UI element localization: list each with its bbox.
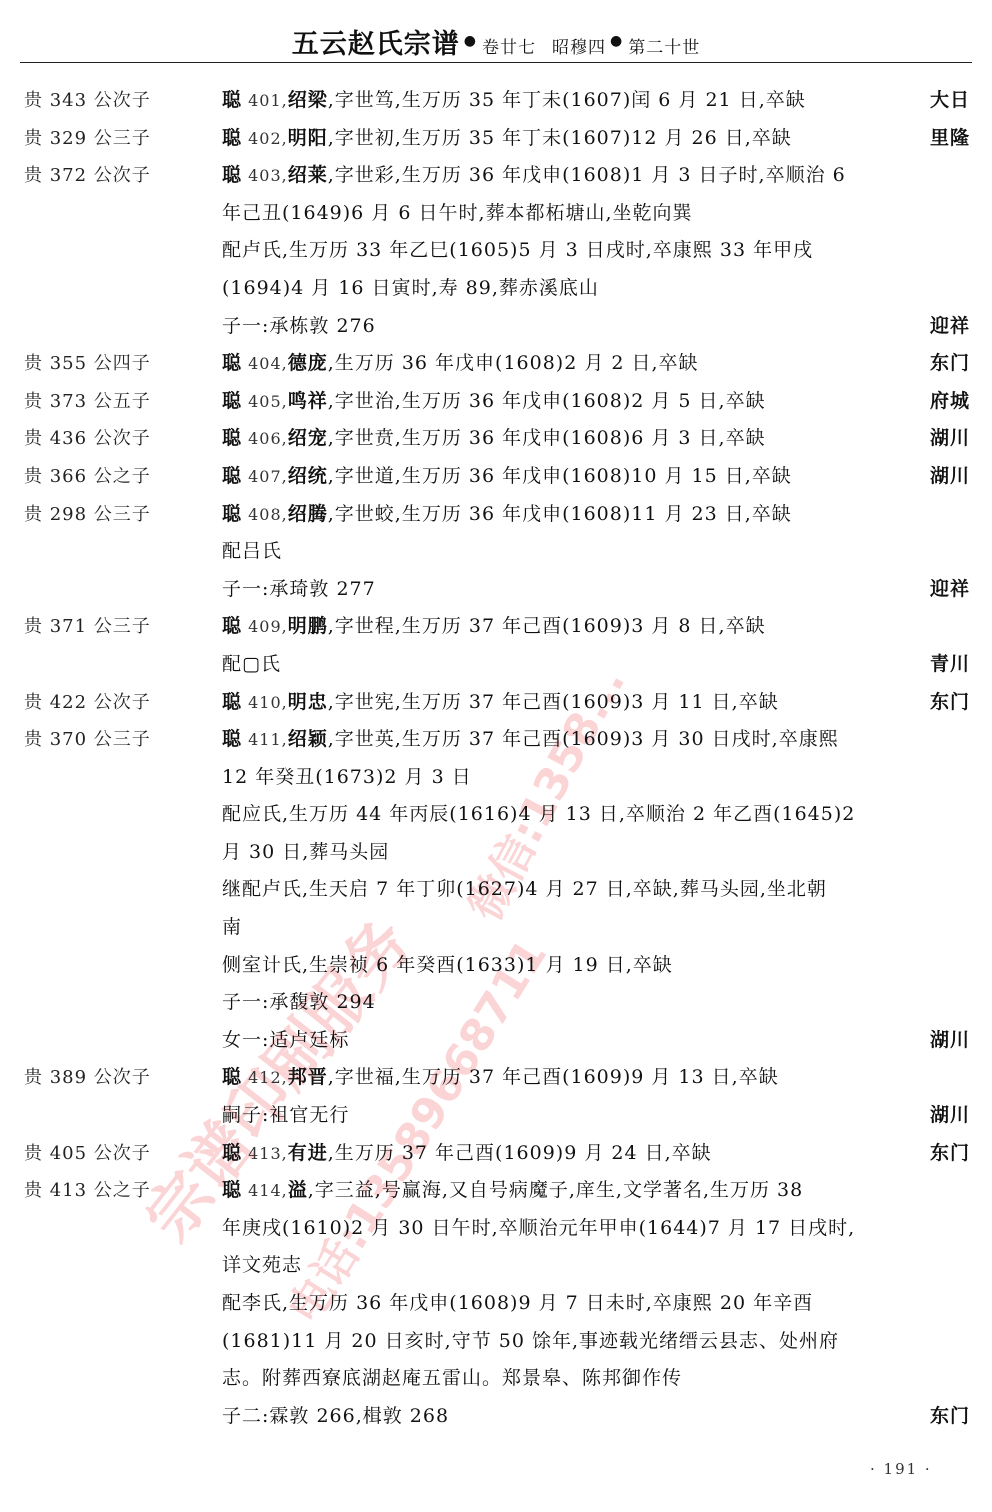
entry-row: 贵 389 公次子聪 412,邦晋,字世福,生万历 37 年己酉(1609)9 … (0, 1059, 992, 1097)
entry-text: 聪 406,绍宠,字世贲,生万历 36 年戊申(1608)6 月 3 日,卒缺 (222, 420, 974, 458)
entry-detail-text: 配卢氏,生万历 33 年乙巳(1605)5 月 3 日戌时,卒康熙 33 年甲戌 (222, 232, 974, 270)
entry-continuation-row: 嗣子:祖官无行湖川 (0, 1097, 992, 1135)
entry-detail-text: 年庚戌(1610)2 月 30 日午时,卒顺治元年甲申(1644)7 月 17 … (222, 1210, 974, 1248)
entry-continuation-row: 女一:适卢廷标湖川 (0, 1022, 992, 1060)
entry-detail-text: 子一:承栋敦 276 (222, 308, 974, 346)
entry-row: 贵 436 公次子聪 406,绍宠,字世贲,生万历 36 年戊申(1608)6 … (0, 420, 992, 458)
book-title: 五云赵氏宗谱 (292, 29, 460, 60)
entry-detail-text: 配应氏,生万历 44 年丙辰(1616)4 月 13 日,卒顺治 2 年乙酉(1… (222, 796, 974, 834)
residence-place: 府城 (930, 383, 970, 421)
entry-text: 聪 408,绍腾,字世蛟,生万历 36 年戊申(1608)11 月 23 日,卒… (222, 496, 974, 534)
entry-row: 贵 329 公三子聪 402,明阳,字世初,生万历 35 年丁未(1607)12… (0, 120, 992, 158)
residence-place: 东门 (930, 684, 970, 722)
entry-row: 贵 298 公三子聪 408,绍腾,字世蛟,生万历 36 年戊申(1608)11… (0, 496, 992, 534)
separator-dot: ● (464, 33, 476, 49)
entry-detail-text: 子一:承琦敦 277 (222, 571, 974, 609)
entry-continuation-row: 详文苑志 (0, 1247, 992, 1285)
entry-detail-text: 继配卢氏,生天启 7 年丁卯(1627)4 月 27 日,卒缺,葬马头园,坐北朝 (222, 871, 974, 909)
entry-text: 聪 407,绍统,字世道,生万历 36 年戊申(1608)10 月 15 日,卒… (222, 458, 974, 496)
entry-detail-text: 配吕氏 (222, 533, 974, 571)
entry-detail-text: (1681)11 月 20 日亥时,守节 50 馀年,事迹载光绪缙云县志、处州府 (222, 1323, 974, 1361)
residence-place: 东门 (930, 345, 970, 383)
entry-text: 聪 403,绍莱,字世彩,生万历 36 年戊申(1608)1 月 3 日子时,卒… (222, 157, 974, 195)
entry-detail-text: 子二:霖敦 266,楫敦 268 (222, 1398, 974, 1436)
parent-reference: 贵 371 公三子 (24, 608, 151, 646)
entry-row: 贵 413 公之子聪 414,溢,字三益,号赢海,又自号病魔子,庠生,文学著名,… (0, 1172, 992, 1210)
parent-reference: 贵 373 公五子 (24, 383, 151, 421)
parent-reference: 贵 372 公次子 (24, 157, 151, 195)
entry-continuation-row: (1694)4 月 16 日寅时,寿 89,葬赤溪底山 (0, 270, 992, 308)
residence-place: 湖川 (930, 420, 970, 458)
residence-place: 湖川 (930, 458, 970, 496)
entry-detail-text: 详文苑志 (222, 1247, 974, 1285)
entry-continuation-row: 志。附葬西寮底湖赵庵五雷山。郑景皋、陈邦御作传 (0, 1360, 992, 1398)
entry-text: 聪 402,明阳,字世初,生万历 35 年丁未(1607)12 月 26 日,卒… (222, 120, 974, 158)
separator-dot: ● (610, 33, 622, 49)
parent-reference: 贵 436 公次子 (24, 420, 151, 458)
entry-row: 贵 373 公五子聪 405,鸣祥,字世治,生万历 36 年戊申(1608)2 … (0, 383, 992, 421)
entry-continuation-row: 侧室计氏,生崇祯 6 年癸酉(1633)1 月 19 日,卒缺 (0, 947, 992, 985)
entry-text: 聪 412,邦晋,字世福,生万历 37 年己酉(1609)9 月 13 日,卒缺 (222, 1059, 974, 1097)
residence-place: 东门 (930, 1135, 970, 1173)
entry-row: 贵 355 公四子聪 404,德庞,生万历 36 年戊申(1608)2 月 2 … (0, 345, 992, 383)
parent-reference: 贵 343 公次子 (24, 82, 151, 120)
entry-detail-text: 子一:承馥敦 294 (222, 984, 974, 1022)
entry-text: 聪 401,绍梁,字世笃,生万历 35 年丁未(1607)闰 6 月 21 日,… (222, 82, 974, 120)
section-label: 昭穆四 (552, 38, 606, 58)
entry-continuation-row: 配卢氏,生万历 33 年乙巳(1605)5 月 3 日戌时,卒康熙 33 年甲戌 (0, 232, 992, 270)
entry-continuation-row: 12 年癸丑(1673)2 月 3 日 (0, 759, 992, 797)
entry-row: 贵 366 公之子聪 407,绍统,字世道,生万历 36 年戊申(1608)10… (0, 458, 992, 496)
entry-text: 聪 414,溢,字三益,号赢海,又自号病魔子,庠生,文学著名,生万历 38 (222, 1172, 974, 1210)
header-rule (20, 62, 972, 63)
entry-text: 聪 413,有进,生万历 37 年己酉(1609)9 月 24 日,卒缺 (222, 1135, 974, 1173)
entry-row: 贵 343 公次子聪 401,绍梁,字世笃,生万历 35 年丁未(1607)闰 … (0, 82, 992, 120)
entry-continuation-row: (1681)11 月 20 日亥时,守节 50 馀年,事迹载光绪缙云县志、处州府 (0, 1323, 992, 1361)
entry-continuation-row: 年己丑(1649)6 月 6 日午时,葬本都柘塘山,坐乾向巽 (0, 195, 992, 233)
residence-place: 迎祥 (930, 308, 970, 346)
entry-continuation-row: 配吕氏 (0, 533, 992, 571)
residence-place: 大日 (930, 82, 970, 120)
parent-reference: 贵 298 公三子 (24, 496, 151, 534)
page-header: 五云赵氏宗谱●卷廿七昭穆四●第二十世 (0, 22, 992, 62)
entry-row: 贵 371 公三子聪 409,明鹏,字世程,生万历 37 年己酉(1609)3 … (0, 608, 992, 646)
parent-reference: 贵 366 公之子 (24, 458, 151, 496)
entry-row: 贵 405 公次子聪 413,有进,生万历 37 年己酉(1609)9 月 24… (0, 1135, 992, 1173)
residence-place: 青川 (930, 646, 970, 684)
page-number: · 191 · (870, 1460, 932, 1478)
generation-label: 第二十世 (628, 38, 700, 58)
residence-place: 东门 (930, 1398, 970, 1436)
parent-reference: 贵 422 公次子 (24, 684, 151, 722)
entry-continuation-row: 年庚戌(1610)2 月 30 日午时,卒顺治元年甲申(1644)7 月 17 … (0, 1210, 992, 1248)
entry-detail-text: 12 年癸丑(1673)2 月 3 日 (222, 759, 974, 797)
entry-detail-text: 月 30 日,葬马头园 (222, 834, 974, 872)
entry-continuation-row: 配▢氏青川 (0, 646, 992, 684)
parent-reference: 贵 405 公次子 (24, 1135, 151, 1173)
entry-detail-text: 嗣子:祖官无行 (222, 1097, 974, 1135)
entry-detail-text: 年己丑(1649)6 月 6 日午时,葬本都柘塘山,坐乾向巽 (222, 195, 974, 233)
residence-place: 迎祥 (930, 571, 970, 609)
entry-text: 聪 409,明鹏,字世程,生万历 37 年己酉(1609)3 月 8 日,卒缺 (222, 608, 974, 646)
parent-reference: 贵 413 公之子 (24, 1172, 151, 1210)
parent-reference: 贵 389 公次子 (24, 1059, 151, 1097)
entry-continuation-row: 子一:承琦敦 277迎祥 (0, 571, 992, 609)
entry-detail-text: 侧室计氏,生崇祯 6 年癸酉(1633)1 月 19 日,卒缺 (222, 947, 974, 985)
entry-continuation-row: 南 (0, 909, 992, 947)
entry-detail-text: 志。附葬西寮底湖赵庵五雷山。郑景皋、陈邦御作传 (222, 1360, 974, 1398)
entry-detail-text: (1694)4 月 16 日寅时,寿 89,葬赤溪底山 (222, 270, 974, 308)
entry-row: 贵 422 公次子聪 410,明忠,字世宪,生万历 37 年己酉(1609)3 … (0, 684, 992, 722)
entry-continuation-row: 子二:霖敦 266,楫敦 268东门 (0, 1398, 992, 1436)
volume-label: 卷廿七 (482, 38, 536, 58)
residence-place: 里隆 (930, 120, 970, 158)
genealogy-entries: 贵 343 公次子聪 401,绍梁,字世笃,生万历 35 年丁未(1607)闰 … (0, 82, 992, 1435)
parent-reference: 贵 329 公三子 (24, 120, 151, 158)
entry-text: 聪 411,绍颖,字世英,生万历 37 年己酉(1609)3 月 30 日戌时,… (222, 721, 974, 759)
entry-continuation-row: 继配卢氏,生天启 7 年丁卯(1627)4 月 27 日,卒缺,葬马头园,坐北朝 (0, 871, 992, 909)
residence-place: 湖川 (930, 1097, 970, 1135)
entry-continuation-row: 配李氏,生万历 36 年戊申(1608)9 月 7 日未时,卒康熙 20 年辛酉 (0, 1285, 992, 1323)
entry-text: 聪 404,德庞,生万历 36 年戊申(1608)2 月 2 日,卒缺 (222, 345, 974, 383)
entry-detail-text: 南 (222, 909, 974, 947)
entry-continuation-row: 月 30 日,葬马头园 (0, 834, 992, 872)
entry-detail-text: 女一:适卢廷标 (222, 1022, 974, 1060)
entry-text: 聪 410,明忠,字世宪,生万历 37 年己酉(1609)3 月 11 日,卒缺 (222, 684, 974, 722)
entry-detail-text: 配▢氏 (222, 646, 974, 684)
entry-row: 贵 372 公次子聪 403,绍莱,字世彩,生万历 36 年戊申(1608)1 … (0, 157, 992, 195)
entry-row: 贵 370 公三子聪 411,绍颖,字世英,生万历 37 年己酉(1609)3 … (0, 721, 992, 759)
entry-continuation-row: 子一:承馥敦 294 (0, 984, 992, 1022)
entry-text: 聪 405,鸣祥,字世治,生万历 36 年戊申(1608)2 月 5 日,卒缺 (222, 383, 974, 421)
entry-detail-text: 配李氏,生万历 36 年戊申(1608)9 月 7 日未时,卒康熙 20 年辛酉 (222, 1285, 974, 1323)
parent-reference: 贵 355 公四子 (24, 345, 151, 383)
parent-reference: 贵 370 公三子 (24, 721, 151, 759)
entry-continuation-row: 配应氏,生万历 44 年丙辰(1616)4 月 13 日,卒顺治 2 年乙酉(1… (0, 796, 992, 834)
entry-continuation-row: 子一:承栋敦 276迎祥 (0, 308, 992, 346)
residence-place: 湖川 (930, 1022, 970, 1060)
